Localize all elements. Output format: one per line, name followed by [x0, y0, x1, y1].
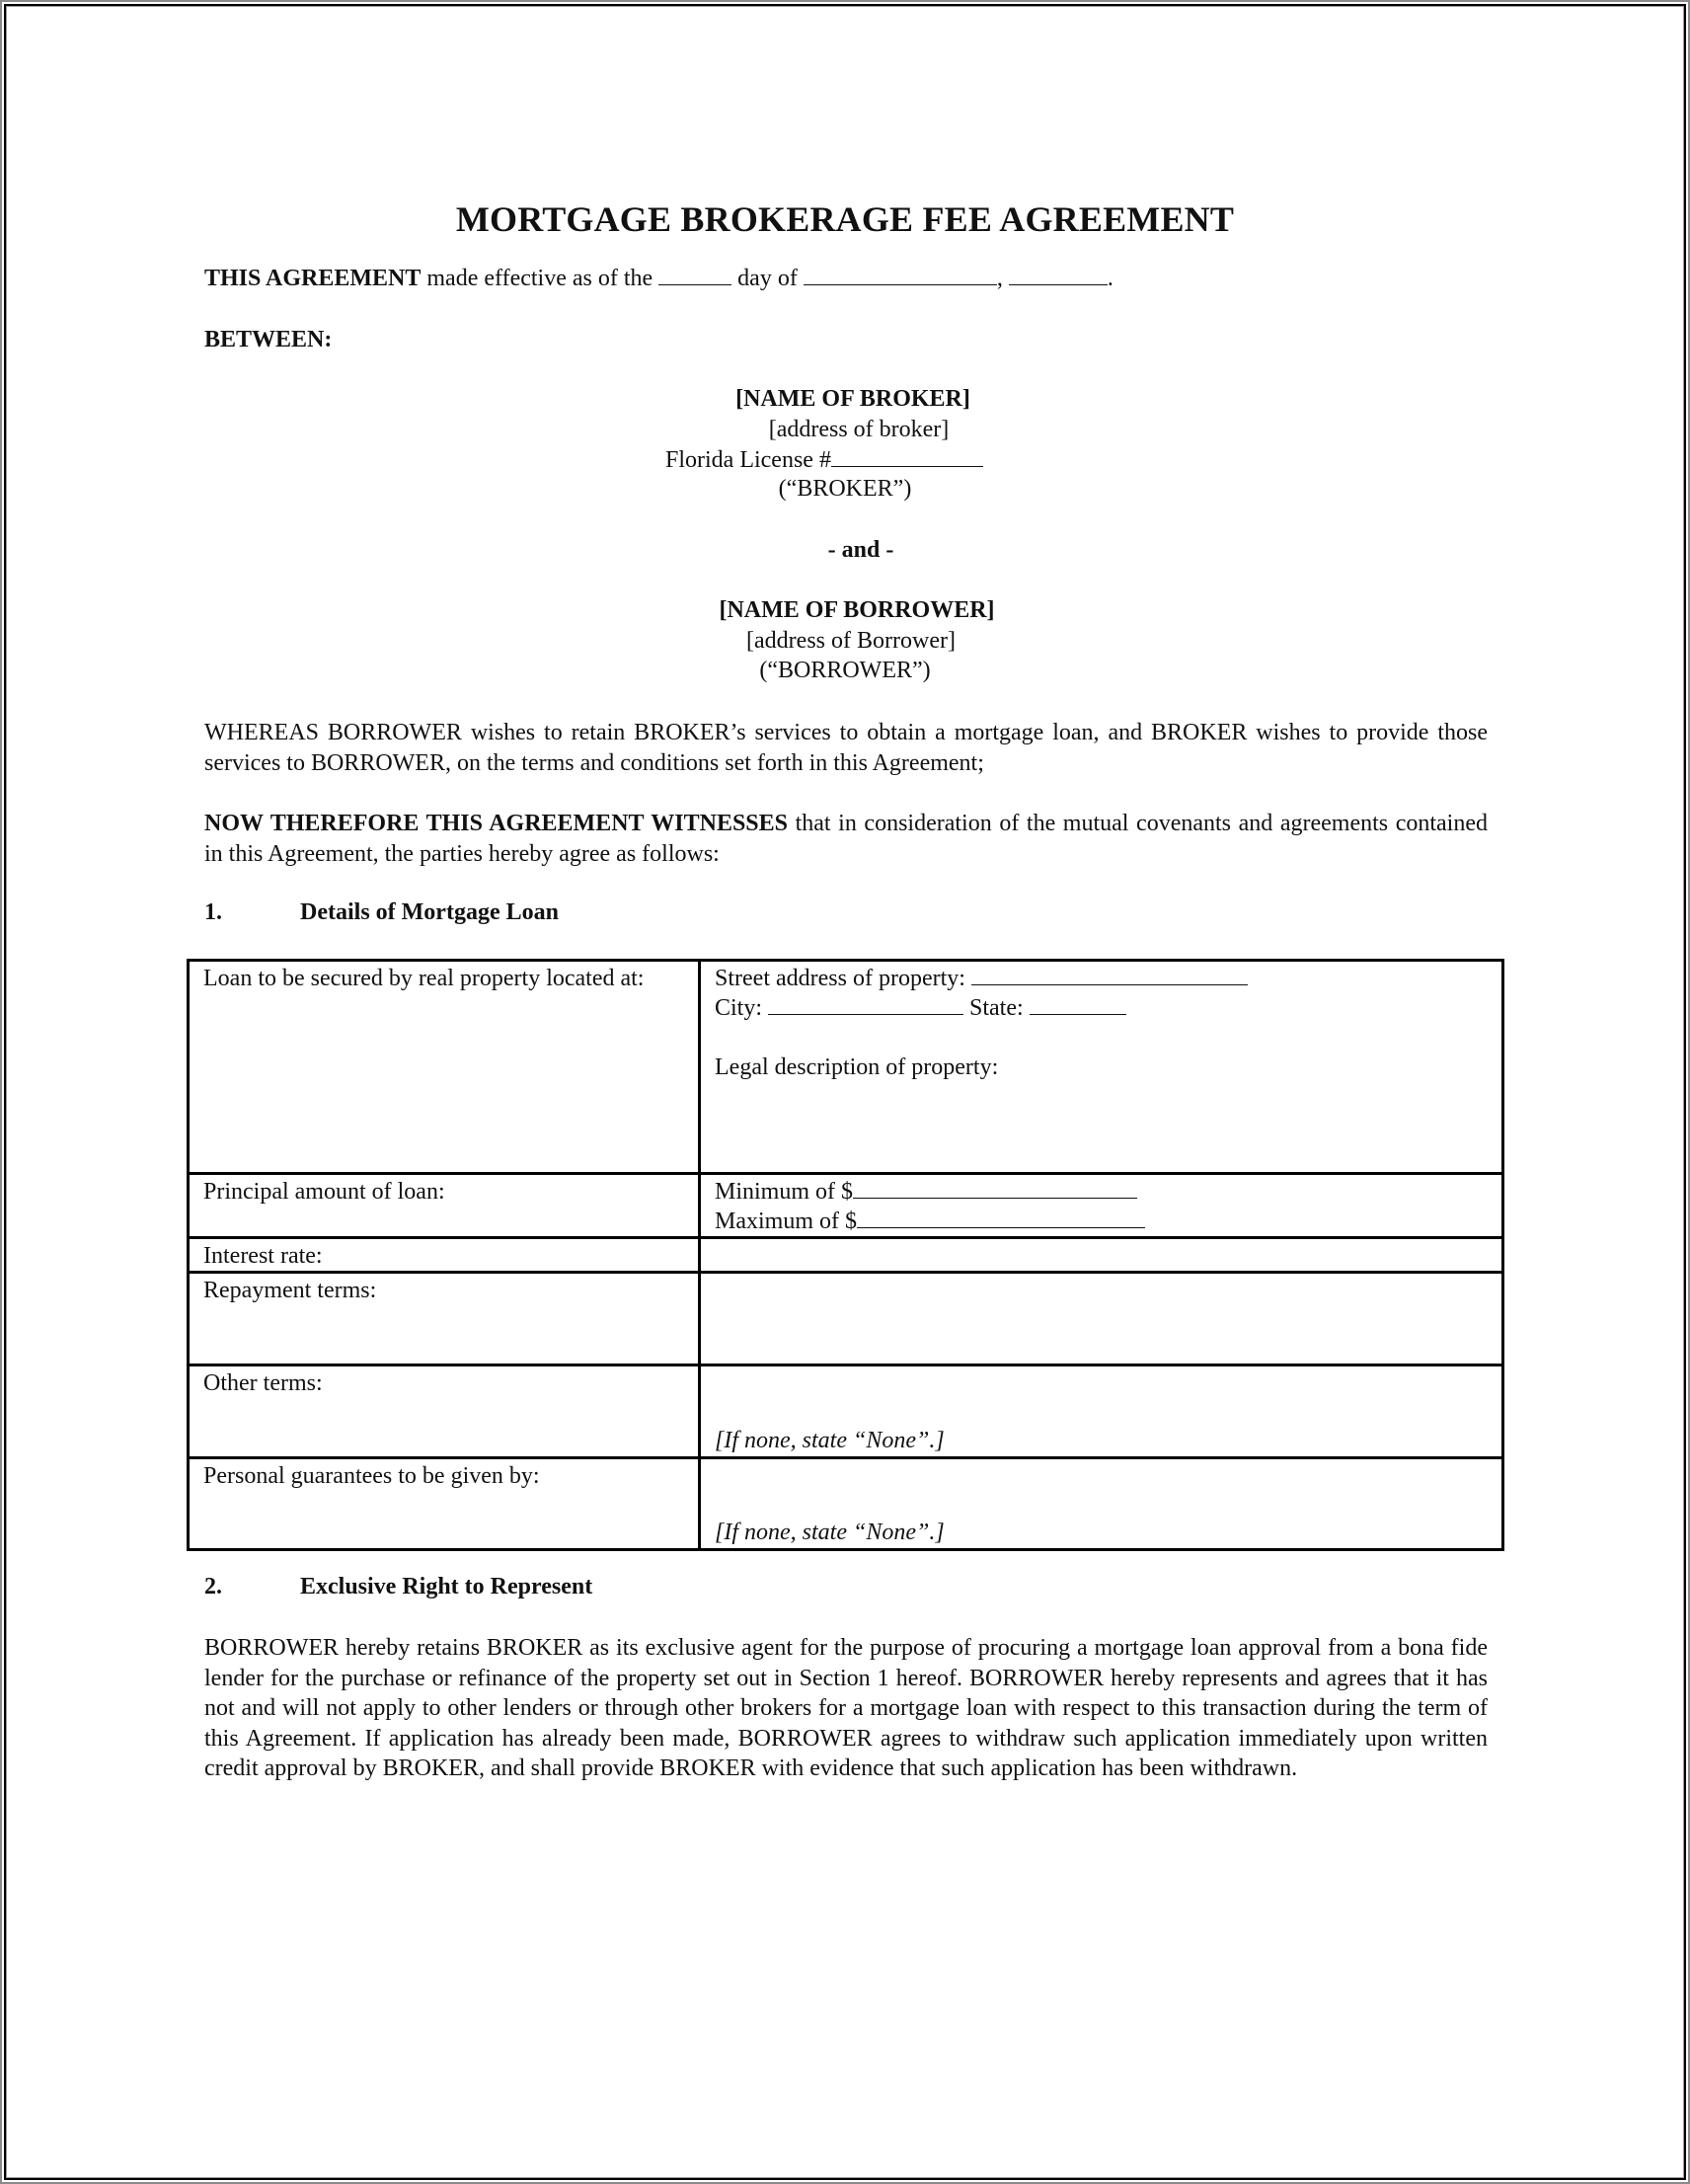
borrower-defined-term: (“BORROWER”) [0, 658, 1690, 684]
year-field[interactable] [1009, 265, 1108, 285]
section-2-heading: 2.Exclusive Right to Represent [204, 1574, 592, 1600]
city-state-line: City: State: [715, 993, 1488, 1023]
intro-text-2: day of [731, 266, 804, 291]
other-terms-field[interactable]: [If none, state “None”.] [700, 1365, 1503, 1458]
between-label: BETWEEN: [204, 327, 332, 353]
property-location-label-cell: Loan to be secured by real property loca… [189, 961, 700, 1174]
city-field[interactable] [768, 994, 963, 1015]
city-label: City: [715, 995, 768, 1021]
minimum-amount-field[interactable] [853, 1178, 1137, 1199]
principal-label: Principal amount of loan: [189, 1174, 700, 1238]
legal-description-label: Legal description of property: [715, 1053, 1488, 1082]
broker-address: [address of broker] [0, 417, 1690, 443]
other-terms-note: [If none, state “None”.] [715, 1428, 945, 1453]
other-terms-label: Other terms: [189, 1365, 700, 1458]
broker-license-line: Florida License # [665, 446, 983, 474]
table-row: Repayment terms: [189, 1273, 1503, 1365]
table-row: Interest rate: [189, 1238, 1503, 1273]
property-details-cell: Street address of property: City: State:… [700, 961, 1503, 1174]
section-1-title: Details of Mortgage Loan [300, 899, 559, 925]
now-therefore-lead: NOW THEREFORE THIS AGREEMENT WITNESSES [204, 811, 788, 836]
interest-rate-label: Interest rate: [189, 1238, 700, 1273]
maximum-amount-field[interactable] [857, 1208, 1145, 1228]
street-address-field[interactable] [971, 965, 1248, 985]
interest-rate-field[interactable] [700, 1238, 1503, 1273]
table-row: Personal guarantees to be given by: [If … [189, 1458, 1503, 1550]
property-location-label: Loan to be secured by real property loca… [203, 964, 684, 993]
effective-date-line: THIS AGREEMENT made effective as of the … [204, 265, 1114, 292]
street-address-label: Street address of property: [715, 966, 971, 991]
section-2-title: Exclusive Right to Represent [300, 1574, 592, 1599]
section-2-body: BORROWER hereby retains BROKER as its ex… [204, 1633, 1488, 1784]
state-field[interactable] [1030, 994, 1126, 1015]
license-label: Florida License # [665, 447, 831, 473]
month-field[interactable] [804, 265, 997, 285]
borrower-address: [address of Borrower] [0, 628, 1690, 655]
minimum-label: Minimum of $ [715, 1179, 853, 1205]
and-separator: - and - [0, 537, 1690, 564]
table-row: Other terms: [If none, state “None”.] [189, 1365, 1503, 1458]
license-number-field[interactable] [831, 446, 983, 467]
maximum-label: Maximum of $ [715, 1209, 857, 1234]
broker-defined-term: (“BROKER”) [0, 476, 1690, 503]
document-title: MORTGAGE BROKERAGE FEE AGREEMENT [0, 198, 1690, 240]
intro-text-3: , [997, 266, 1009, 291]
day-field[interactable] [658, 265, 731, 285]
section-1-number: 1. [204, 899, 300, 926]
maximum-line: Maximum of $ [715, 1207, 1488, 1236]
intro-text-1: made effective as of the [421, 266, 658, 291]
street-address-line: Street address of property: [715, 964, 1488, 993]
section-1-heading: 1.Details of Mortgage Loan [204, 899, 559, 926]
personal-guarantees-note: [If none, state “None”.] [715, 1520, 945, 1545]
section-2-number: 2. [204, 1574, 300, 1600]
whereas-paragraph: WHEREAS BORROWER wishes to retain BROKER… [204, 718, 1488, 778]
table-row: Loan to be secured by real property loca… [189, 961, 1503, 1174]
personal-guarantees-field[interactable]: [If none, state “None”.] [700, 1458, 1503, 1550]
borrower-name: [NAME OF BORROWER] [0, 597, 1690, 624]
intro-text-4: . [1108, 266, 1114, 291]
repayment-terms-field[interactable] [700, 1273, 1503, 1365]
personal-guarantees-label: Personal guarantees to be given by: [189, 1458, 700, 1550]
repayment-terms-label: Repayment terms: [189, 1273, 700, 1365]
state-label: State: [963, 995, 1030, 1021]
table-row: Principal amount of loan: Minimum of $ M… [189, 1174, 1503, 1238]
intro-lead: THIS AGREEMENT [204, 266, 421, 291]
now-therefore-paragraph: NOW THEREFORE THIS AGREEMENT WITNESSES t… [204, 809, 1488, 869]
principal-value-cell: Minimum of $ Maximum of $ [700, 1174, 1503, 1238]
loan-details-table: Loan to be secured by real property loca… [187, 959, 1504, 1551]
document-page: MORTGAGE BROKERAGE FEE AGREEMENT THIS AG… [0, 0, 1690, 2184]
broker-name: [NAME OF BROKER] [0, 386, 1690, 413]
minimum-line: Minimum of $ [715, 1177, 1488, 1207]
